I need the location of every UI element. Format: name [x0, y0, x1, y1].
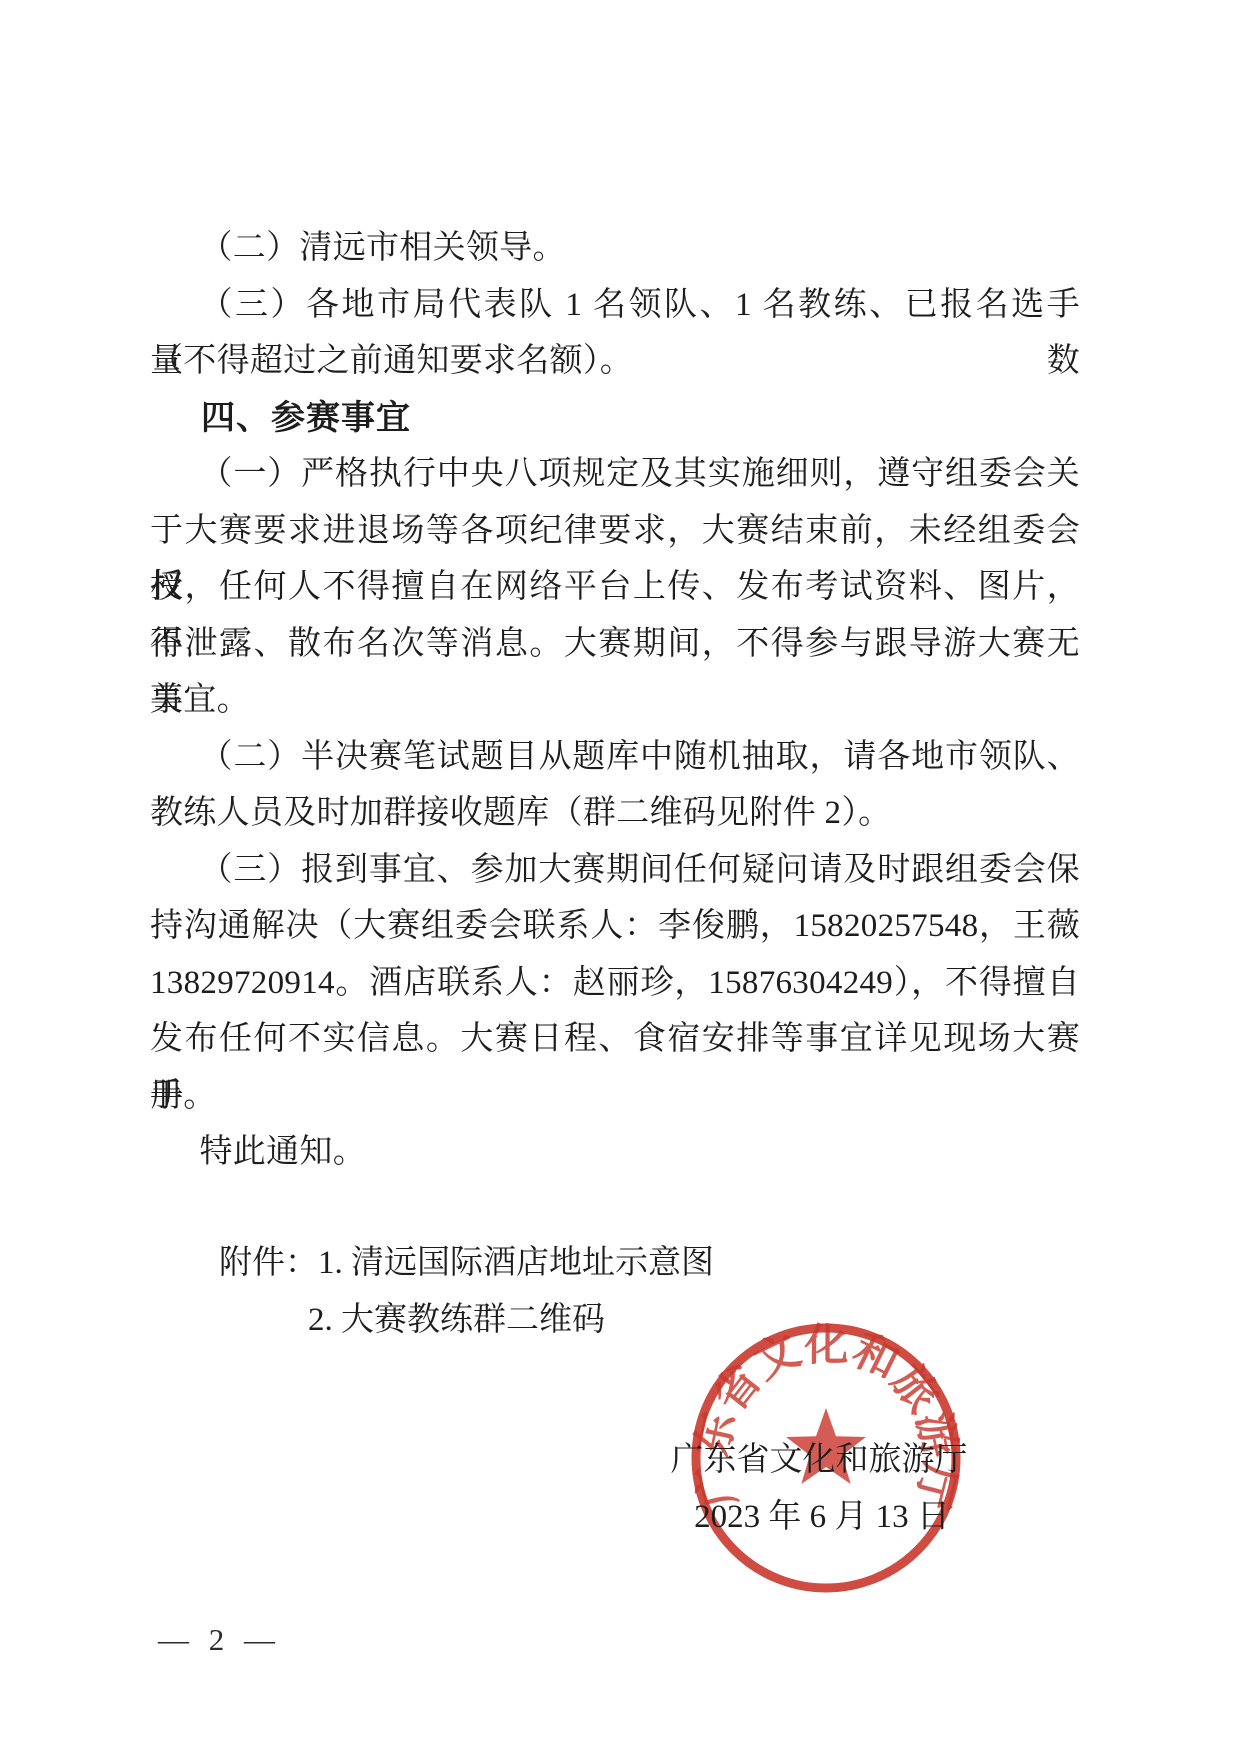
body-line: 持沟通解决（大赛组委会联系人：李俊鹏，15820257548，王薇 — [150, 898, 1080, 955]
attachment-line-2: 2. 大赛教练群二维码 — [308, 1300, 605, 1340]
body-line: 得泄露、散布名次等消息。大赛期间，不得参与跟导游大赛无关 — [150, 616, 1080, 673]
body-line: （二）清远市相关领导。 — [150, 220, 1080, 277]
body-line: 册。 — [150, 1068, 1080, 1125]
body-line: 13829720914。酒店联系人：赵丽珍，15876304249），不得擅自 — [150, 955, 1080, 1012]
body-line: （三）各地市局代表队 1 名领队、1 名教练、已报名选手（数 — [150, 277, 1080, 334]
body-line: （一）严格执行中央八项规定及其实施细则，遵守组委会关 — [150, 446, 1080, 503]
signature-date: 2023 年 6 月 13 日 — [694, 1497, 950, 1537]
body-line: 事宜。 — [150, 672, 1080, 729]
body-text-block: （二）清远市相关领导。 （三）各地市局代表队 1 名领队、1 名教练、已报名选手… — [150, 220, 1080, 1181]
body-line: 教练人员及时加群接收题库（群二维码见附件 2）。 — [150, 785, 1080, 842]
attachment-line-1: 附件：1. 清远国际酒店地址示意图 — [219, 1243, 714, 1283]
body-line: （二）半决赛笔试题目从题库中随机抽取，请各地市领队、 — [150, 729, 1080, 786]
signature-organization: 广东省文化和旅游厅 — [671, 1440, 968, 1480]
page-number: — 2 — — [158, 1622, 281, 1658]
body-line: 于大赛要求进退场等各项纪律要求，大赛结束前，未经组委会授 — [150, 503, 1080, 560]
body-line: 权，任何人不得擅自在网络平台上传、发布考试资料、图片，不 — [150, 559, 1080, 616]
document-page: （二）清远市相关领导。 （三）各地市局代表队 1 名领队、1 名教练、已报名选手… — [0, 0, 1240, 1752]
body-line: （三）报到事宜、参加大赛期间任何疑问请及时跟组委会保 — [150, 842, 1080, 899]
section-heading: 四、参赛事宜 — [150, 390, 1080, 447]
body-line: 特此通知。 — [150, 1124, 1080, 1181]
body-line: 发布任何不实信息。大赛日程、食宿安排等事宜详见现场大赛手 — [150, 1011, 1080, 1068]
